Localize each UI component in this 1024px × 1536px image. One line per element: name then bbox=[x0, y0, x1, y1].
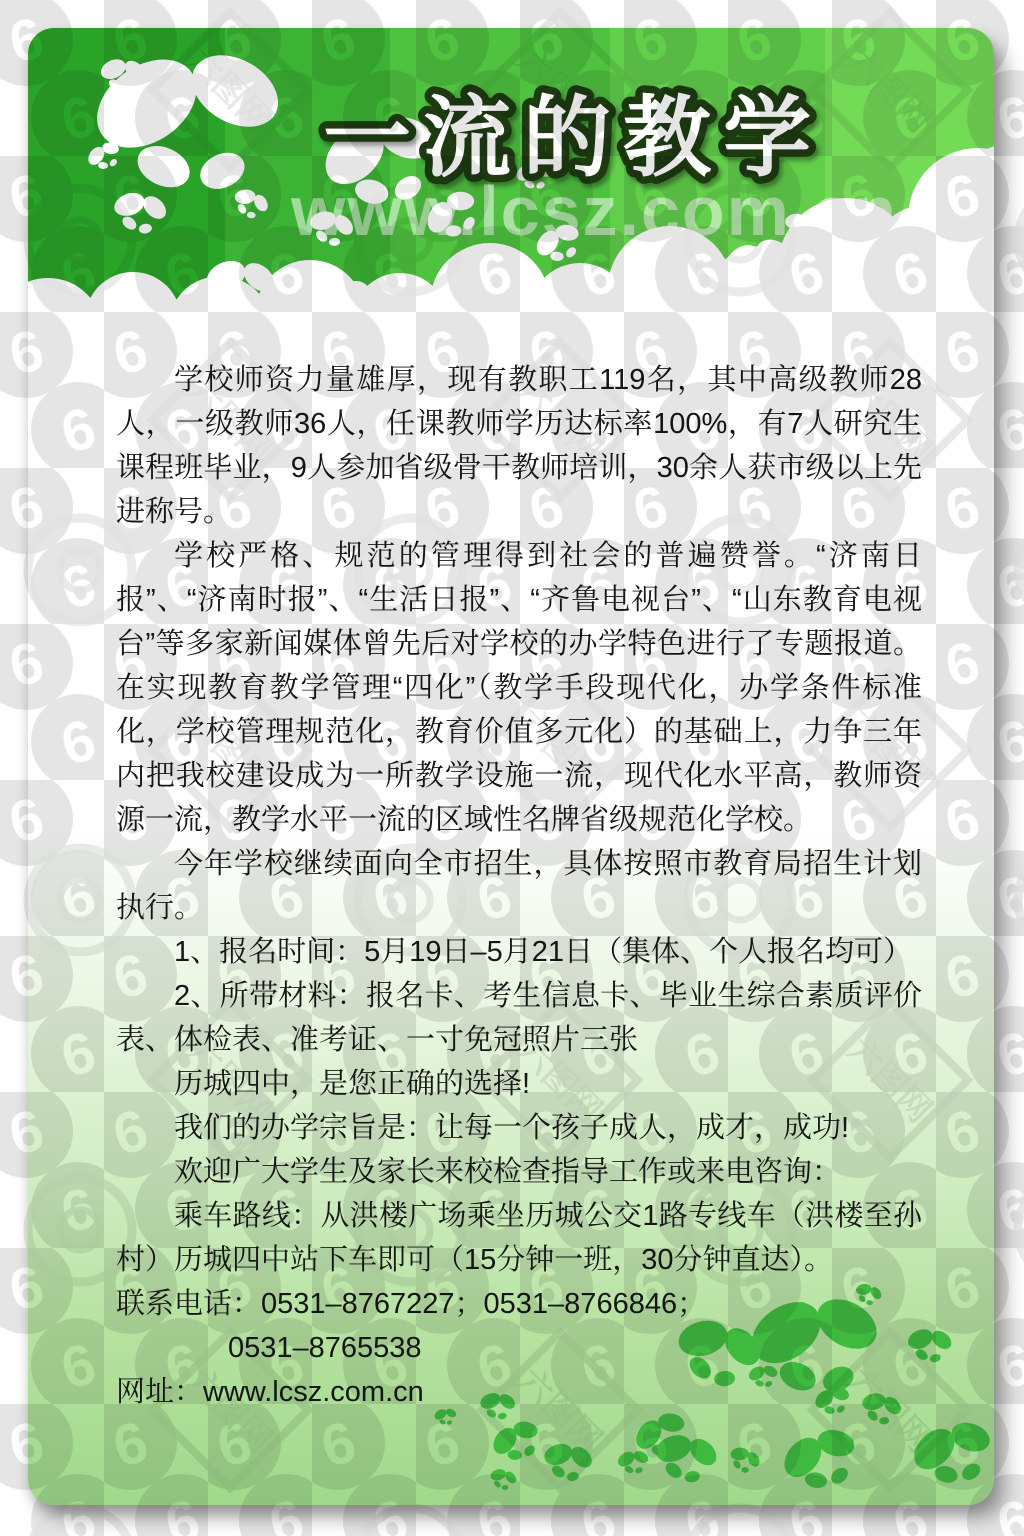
body-paragraph: 乘车路线：从洪楼广场乘坐历城公交1路专线车（洪楼至孙村）历城四中站下车即可（15… bbox=[116, 1194, 922, 1282]
poster-card: 一流的教学 www.lcsz.com.cn 学校师资力量雄厚，现有教职工119名… bbox=[28, 28, 994, 1505]
body-paragraph: 我们的办学宗旨是：让每一个孩子成人，成才，成功! bbox=[116, 1106, 922, 1150]
body-text: 学校师资力量雄厚，现有教职工119名，其中高级教师28人，一级教师36人，任课教… bbox=[116, 358, 922, 1414]
body-paragraph: 历城四中，是您正确的选择! bbox=[116, 1062, 922, 1106]
body-paragraph: 1、报名时间：5月19日–5月21日（集体、个人报名均可） bbox=[116, 930, 922, 974]
body-paragraph: 联系电话：0531–8767227；0531–8766846； bbox=[116, 1282, 922, 1326]
body-paragraph: 网址：www.lcsz.com.cn bbox=[116, 1370, 922, 1414]
body-paragraph: 欢迎广大学生及家长来校检查指导工作或来电咨询： bbox=[116, 1150, 922, 1194]
body-paragraph: 今年学校继续面向全市招生，具体按照市教育局招生计划执行。 bbox=[116, 842, 922, 930]
body-paragraph: 0531–8765538 bbox=[116, 1326, 922, 1370]
body-paragraph: 学校师资力量雄厚，现有教职工119名，其中高级教师28人，一级教师36人，任课教… bbox=[116, 358, 922, 534]
body-paragraph: 学校严格、规范的管理得到社会的普遍赞誉。“济南日报”、“济南时报”、“生活日报”… bbox=[116, 534, 922, 842]
body-paragraph: 2、所带材料：报名卡、考生信息卡、毕业生综合素质评价表、体检表、准考证、一寸免冠… bbox=[116, 974, 922, 1062]
banner-url: www.lcsz.com.cn bbox=[291, 174, 898, 248]
banner-stripe bbox=[28, 28, 225, 368]
page-background: { "poster": { "banner": { "title": "一流的教… bbox=[0, 0, 1024, 1536]
